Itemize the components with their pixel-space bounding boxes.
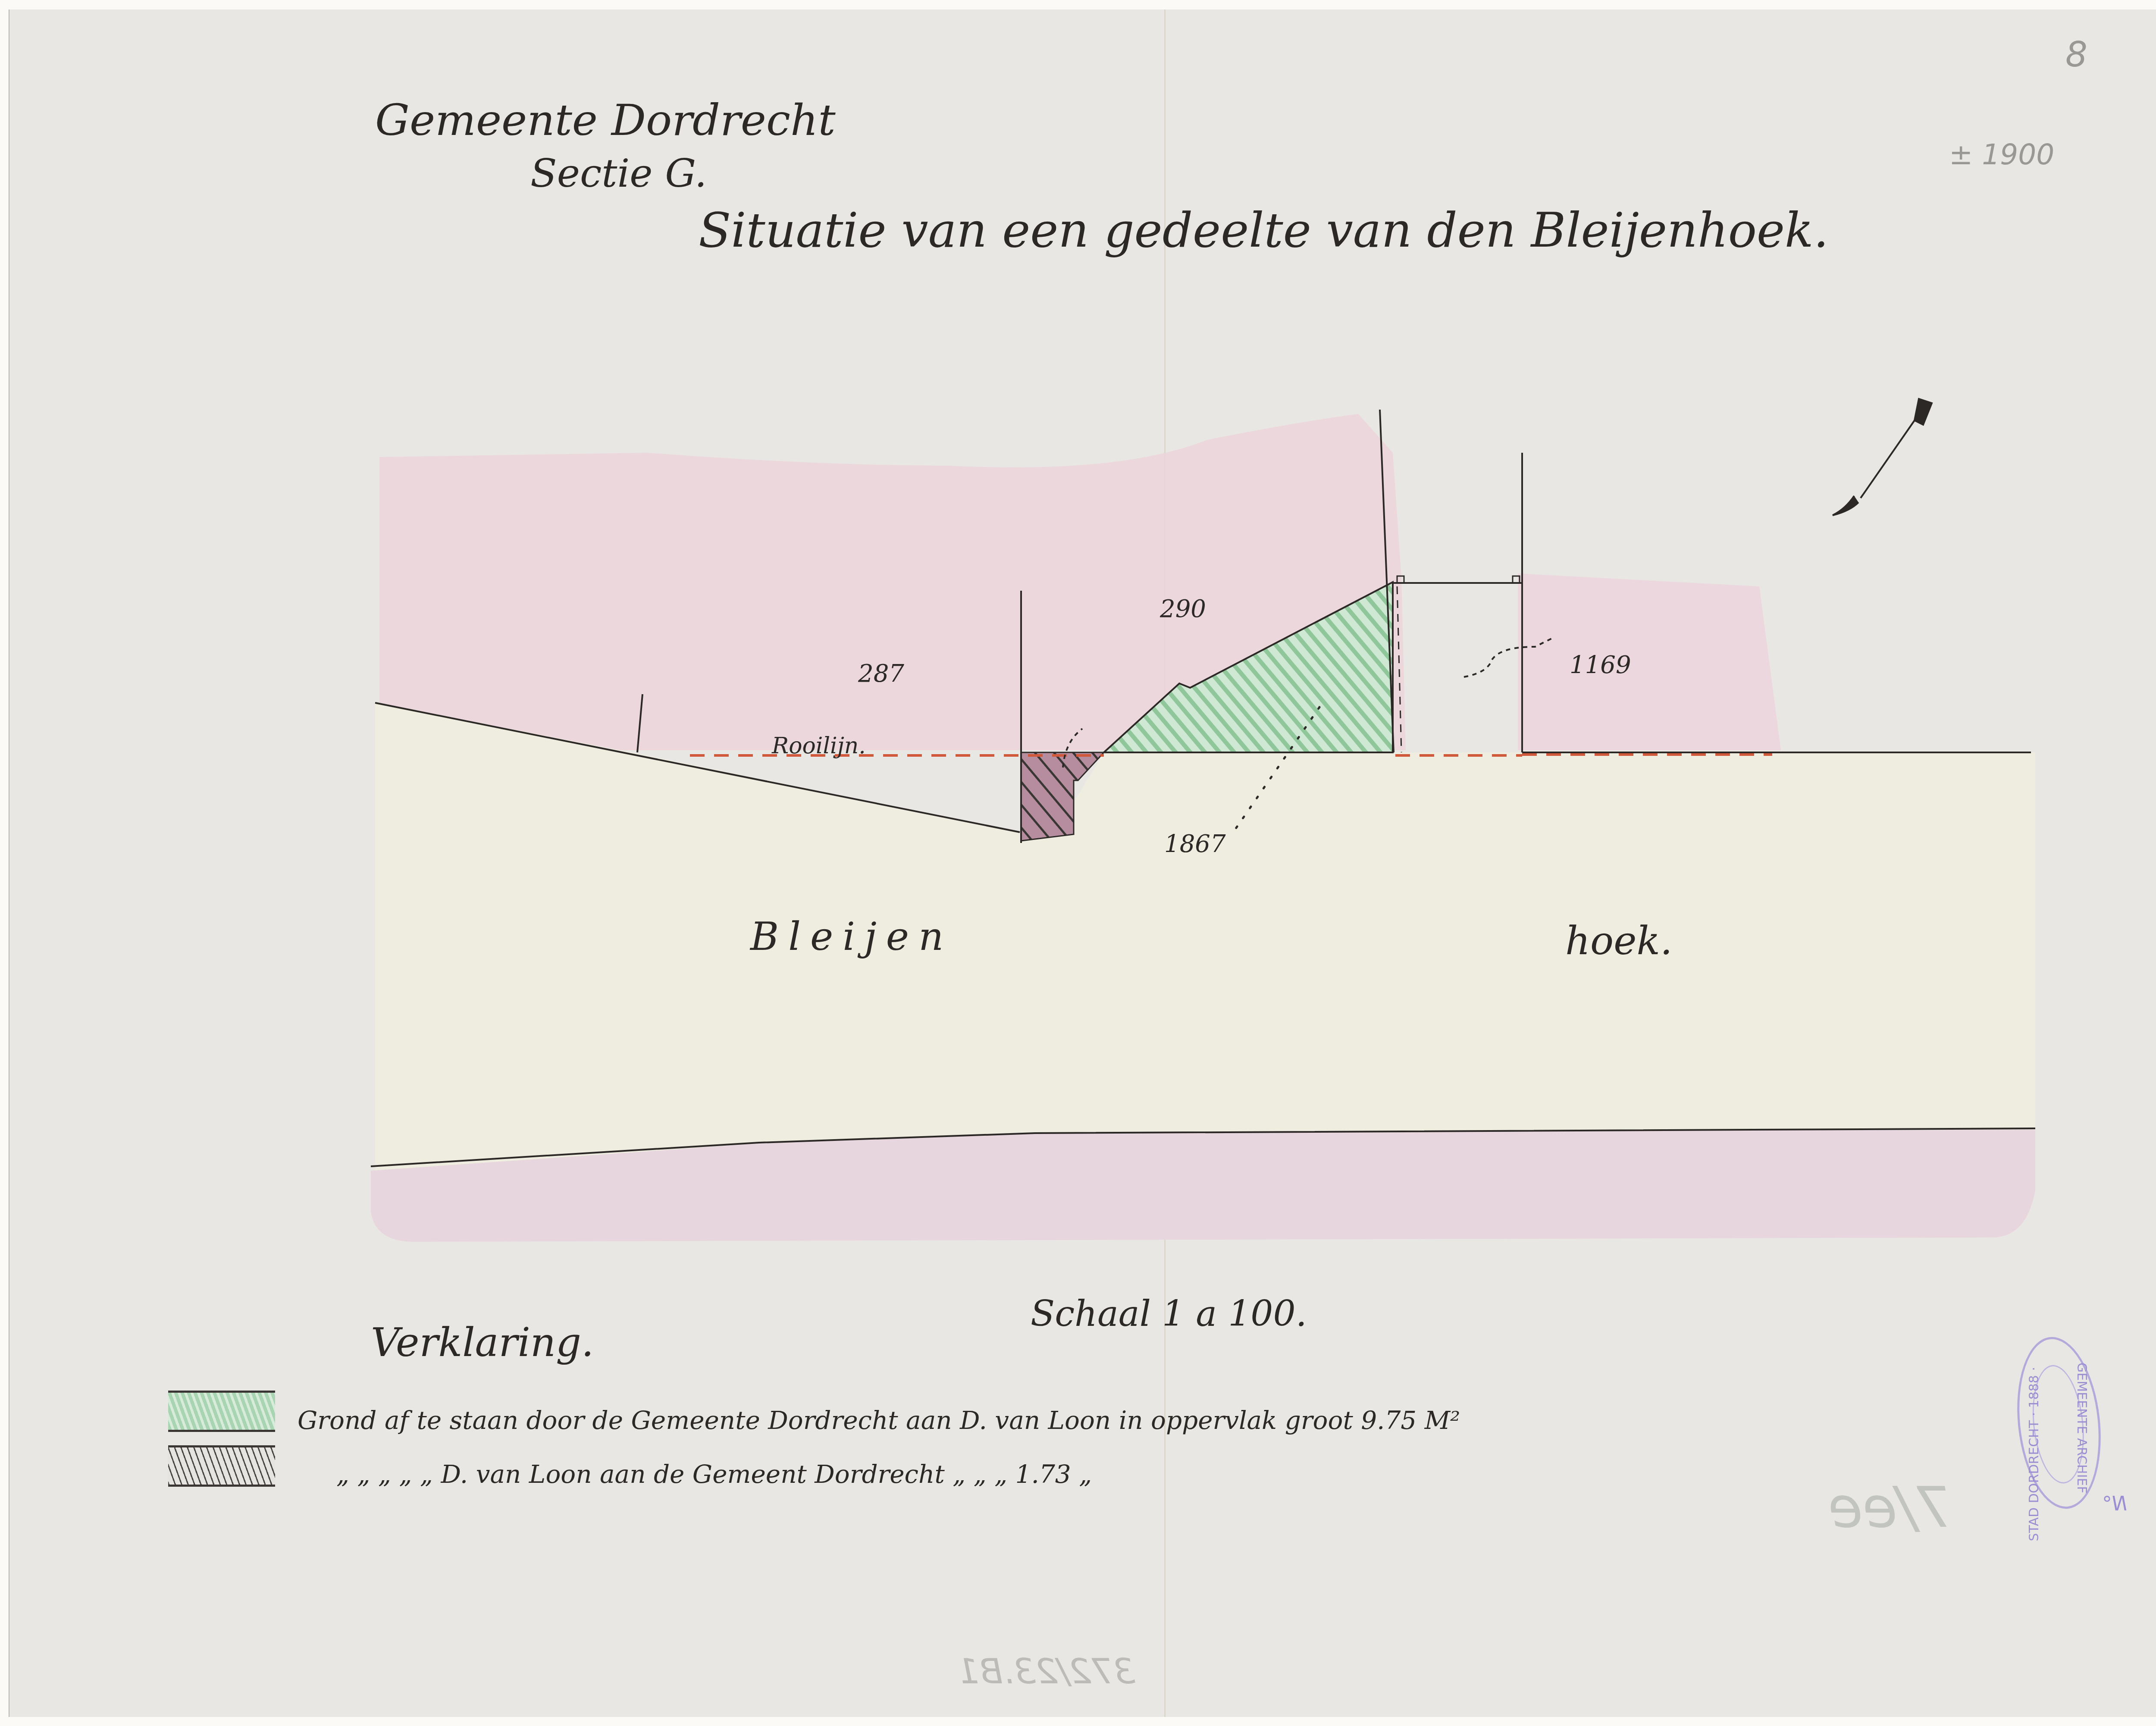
street-name-part1: Bleijen — [750, 914, 953, 959]
legend-swatch-hatched — [168, 1445, 275, 1487]
stamp-text-left: STAD DORDRECHT · 1888 · — [2027, 1367, 2042, 1541]
legend-swatch-green — [168, 1391, 275, 1432]
pencil-date: ± 1900 — [1949, 138, 2054, 171]
parcel-1169: 1169 — [1570, 651, 1631, 679]
parcel-1867: 1867 — [1164, 830, 1226, 858]
legend-item-1: Grond af te staan door de Gemeente Dordr… — [298, 1406, 1460, 1435]
stamp-number-prefix: N° — [2102, 1492, 2127, 1515]
parcel-wash-pink-right — [1518, 573, 1781, 750]
municipality-heading: Gemeente Dordrecht — [375, 95, 836, 145]
pencil-page-number: 8 — [2065, 34, 2087, 75]
parcel-290: 290 — [1160, 595, 1206, 623]
north-arrow-icon — [1833, 399, 1932, 515]
pencil-note-bottom-center: 372/23.B1 — [957, 1651, 1135, 1692]
scale-label: Schaal 1 a 100. — [1031, 1294, 1307, 1334]
parcel-287: 287 — [858, 660, 904, 688]
street-bleijenhoek — [375, 703, 2035, 1173]
stamp-text-right: GEMEENTE ARCHIEF — [2074, 1363, 2089, 1494]
pencil-note-bottom-right: 7/ee — [1828, 1475, 1952, 1540]
legend-item-2: „ „ „ „ „ D. van Loon aan de Gemeent Dor… — [336, 1460, 1092, 1489]
rooilijn-label: Rooilijn. — [772, 733, 866, 759]
legend-title: Verklaring. — [371, 1319, 594, 1366]
street-name-part2: hoek. — [1565, 918, 1673, 964]
section-heading: Sectie G. — [530, 151, 707, 196]
map-title: Situatie van een gedeelte van den Bleije… — [699, 203, 1829, 258]
